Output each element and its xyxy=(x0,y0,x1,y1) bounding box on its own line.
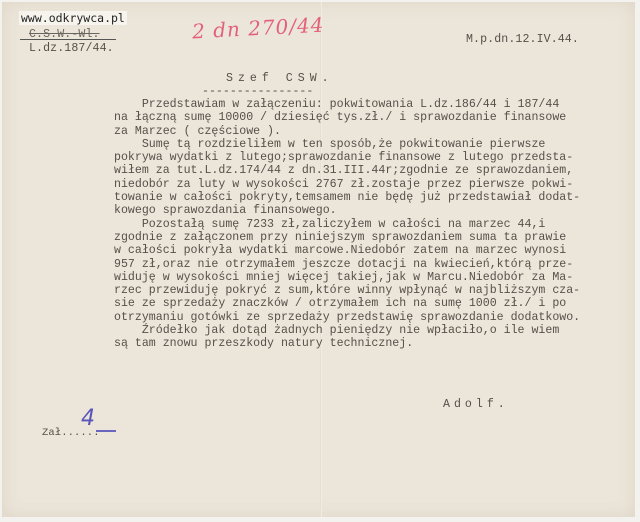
body-line: w całości pokryła wydatki marcowe.Niedob… xyxy=(114,244,580,257)
body-line: niedobór za luty w wysokości 2767 zł.zos… xyxy=(114,178,580,191)
body-line: Sumę tą rozdzieliłem w ten sposób,że pok… xyxy=(114,138,580,151)
body-line: towanie w całości pokryty,temsamem nie b… xyxy=(114,191,580,204)
addressee: Szef CSW. xyxy=(226,72,334,85)
signature: Adolf. xyxy=(443,398,509,411)
body-line: Źródełko jak dotąd żadnych pieniędzy nie… xyxy=(114,324,580,337)
handwritten-registry-note: 2 dn 270/44 xyxy=(191,13,325,44)
enclosure-count-handwritten: 4 xyxy=(81,406,95,431)
body-line: wiłem za tut.L.dz.174/44 z dn.31.III.44r… xyxy=(114,164,580,177)
body-line: na łączną sumę 10000 / dziesięć tys.zł./… xyxy=(114,111,580,124)
header-underline xyxy=(20,39,116,40)
body-line: Przedstawiam w załączeniu: pokwitowania … xyxy=(114,98,580,111)
body-line: zgodnie z załączonem przy niniejszym spr… xyxy=(114,231,580,244)
body-line: kowego sprawozdania finansowego. xyxy=(114,204,580,217)
body-line: 957 zł,oraz nie otrzymałem jeszcze dotac… xyxy=(114,258,580,271)
reference-number: L.dz.187/44. xyxy=(29,42,114,55)
body-line: pokrywa wydatki z lutego;sprawozdanie fi… xyxy=(114,151,580,164)
enclosure-underline xyxy=(96,430,116,432)
body-line: są tam znowu przeszkody natury techniczn… xyxy=(114,337,580,350)
addressee-underline: ---------------- xyxy=(202,85,313,98)
body-line: widuję w wysokości mniej więcej takiej,j… xyxy=(114,271,580,284)
body-line: Pozostałą sumę 7233 zł,zaliczyłem w cało… xyxy=(114,218,580,231)
place-date: M.p.dn.12.IV.44. xyxy=(466,33,579,46)
letter-body: Przedstawiam w załączeniu: pokwitowania … xyxy=(114,98,580,351)
body-line: otrzymaniu gotówki ze sprzedaży przedsta… xyxy=(114,311,580,324)
body-line: za Marzec ( częściowe ). xyxy=(114,125,580,138)
body-line: sie ze sprzedaży znaczków / otrzymałem i… xyxy=(114,297,580,310)
body-line: rzec przewiduję pokryć z sum,które winny… xyxy=(114,284,580,297)
watermark: www.odkrywca.pl xyxy=(19,11,127,25)
document-page: C.S.W.-Wl. L.dz.187/44. 2 dn 270/44 M.p.… xyxy=(2,2,635,517)
